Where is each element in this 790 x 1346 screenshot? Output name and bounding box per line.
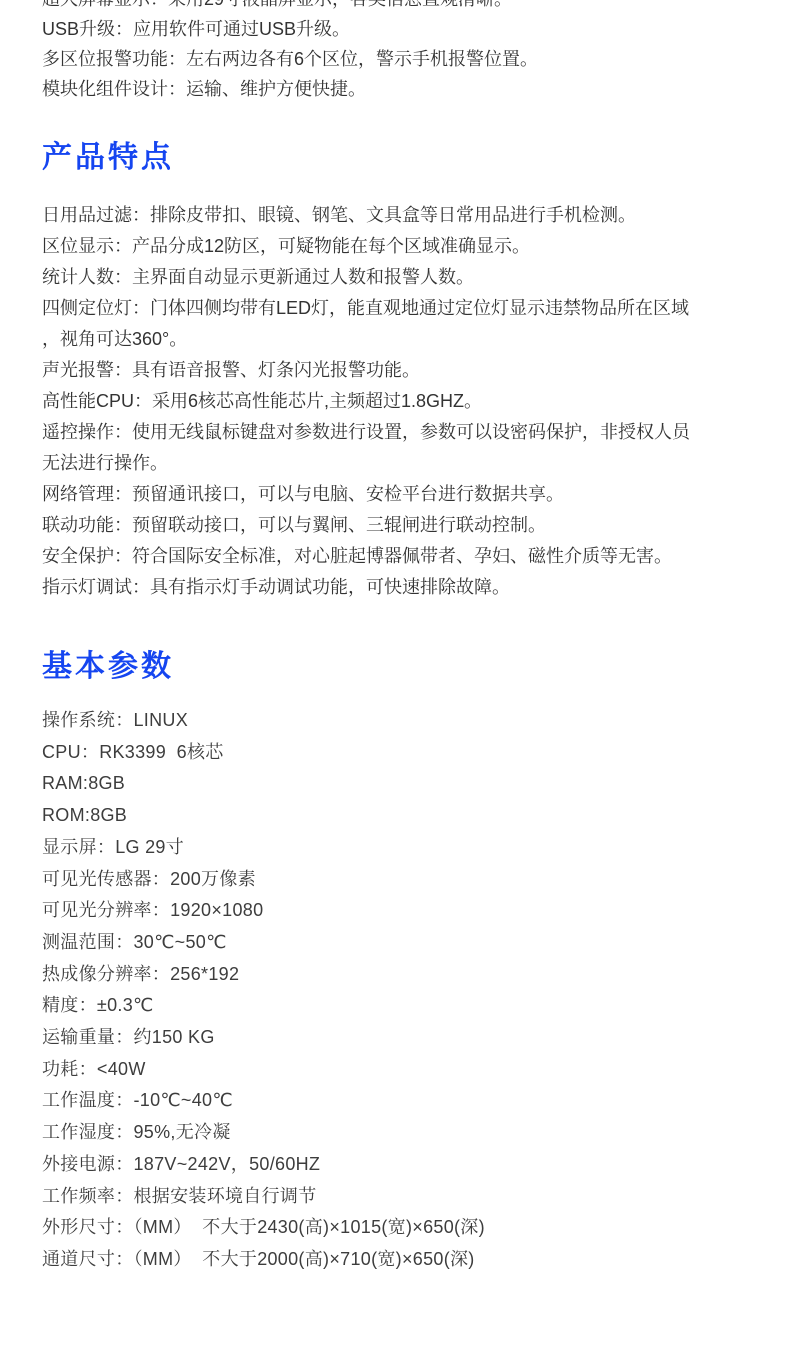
feature-item: 日用品过滤：排除皮带扣、眼镜、钢笔、文具盒等日常用品进行手机检测。 bbox=[42, 200, 750, 231]
spec-item: 精度：±0.3℃ bbox=[42, 990, 750, 1022]
spec-item: 工作湿度：95%,无冷凝 bbox=[42, 1117, 750, 1149]
spec-item: 工作频率：根据安装环境自行调节 bbox=[42, 1181, 750, 1213]
intro-line: 多区位报警功能：左右两边各有6个区位，警示手机报警位置。 bbox=[42, 44, 750, 74]
feature-item: 区位显示：产品分成12防区，可疑物能在每个区域准确显示。 bbox=[42, 231, 750, 262]
feature-item: 声光报警：具有语音报警、灯条闪光报警功能。 bbox=[42, 355, 750, 386]
features-section-heading: 产品特点 bbox=[42, 140, 750, 176]
spec-item: RAM:8GB bbox=[42, 768, 750, 800]
spec-item: 工作温度：-10℃~40℃ bbox=[42, 1085, 750, 1117]
spec-item: 功耗：<40W bbox=[42, 1054, 750, 1086]
spec-item: 通道尺寸：（MM） 不大于2000(高)×710(宽)×650(深) bbox=[42, 1244, 750, 1276]
intro-feature-lines: 超大屏幕显示：采用29寸液晶屏显示，各类信息直观清晰。 USB升级：应用软件可通… bbox=[42, 0, 750, 104]
specs-list: 操作系统：LINUX CPU：RK3399 6核芯 RAM:8GB ROM:8G… bbox=[42, 705, 750, 1276]
spec-item: 测温范围：30℃~50℃ bbox=[42, 927, 750, 959]
spec-item: CPU：RK3399 6核芯 bbox=[42, 737, 750, 769]
feature-item: 安全保护：符合国际安全标准，对心脏起博器佩带者、孕妇、磁性介质等无害。 bbox=[42, 541, 750, 572]
spec-item: 显示屏：LG 29寸 bbox=[42, 832, 750, 864]
feature-item: 四侧定位灯：门体四侧均带有LED灯，能直观地通过定位灯显示违禁物品所在区域 ，视… bbox=[42, 293, 750, 355]
feature-item: 联动功能：预留联动接口，可以与翼闸、三辊闸进行联动控制。 bbox=[42, 510, 750, 541]
feature-item: 遥控操作：使用无线鼠标键盘对参数进行设置，参数可以设密码保护，非授权人员 无法进… bbox=[42, 417, 750, 479]
spec-item: 可见光传感器：200万像素 bbox=[42, 864, 750, 896]
intro-line: 模块化组件设计：运输、维护方便快捷。 bbox=[42, 74, 750, 104]
feature-item: 指示灯调试：具有指示灯手动调试功能，可快速排除故障。 bbox=[42, 572, 750, 603]
feature-item: 统计人数：主界面自动显示更新通过人数和报警人数。 bbox=[42, 262, 750, 293]
spec-item: 外接电源：187V~242V，50/60HZ bbox=[42, 1149, 750, 1181]
intro-line-clipped: 超大屏幕显示：采用29寸液晶屏显示，各类信息直观清晰。 bbox=[42, 0, 750, 14]
spec-item: 运输重量：约150 KG bbox=[42, 1022, 750, 1054]
specs-section-heading: 基本参数 bbox=[42, 649, 750, 685]
feature-item: 网络管理：预留通讯接口，可以与电脑、安检平台进行数据共享。 bbox=[42, 479, 750, 510]
feature-item: 高性能CPU：采用6核芯高性能芯片,主频超过1.8GHZ。 bbox=[42, 386, 750, 417]
product-detail-page: 超大屏幕显示：采用29寸液晶屏显示，各类信息直观清晰。 USB升级：应用软件可通… bbox=[0, 0, 790, 1346]
spec-item: 外形尺寸：（MM） 不大于2430(高)×1015(宽)×650(深) bbox=[42, 1212, 750, 1244]
spec-item: 可见光分辨率：1920×1080 bbox=[42, 895, 750, 927]
spec-item: 操作系统：LINUX bbox=[42, 705, 750, 737]
features-list: 日用品过滤：排除皮带扣、眼镜、钢笔、文具盒等日常用品进行手机检测。 区位显示：产… bbox=[42, 200, 750, 603]
intro-line: USB升级：应用软件可通过USB升级。 bbox=[42, 14, 750, 44]
spec-item: ROM:8GB bbox=[42, 800, 750, 832]
spec-item: 热成像分辨率：256*192 bbox=[42, 959, 750, 991]
